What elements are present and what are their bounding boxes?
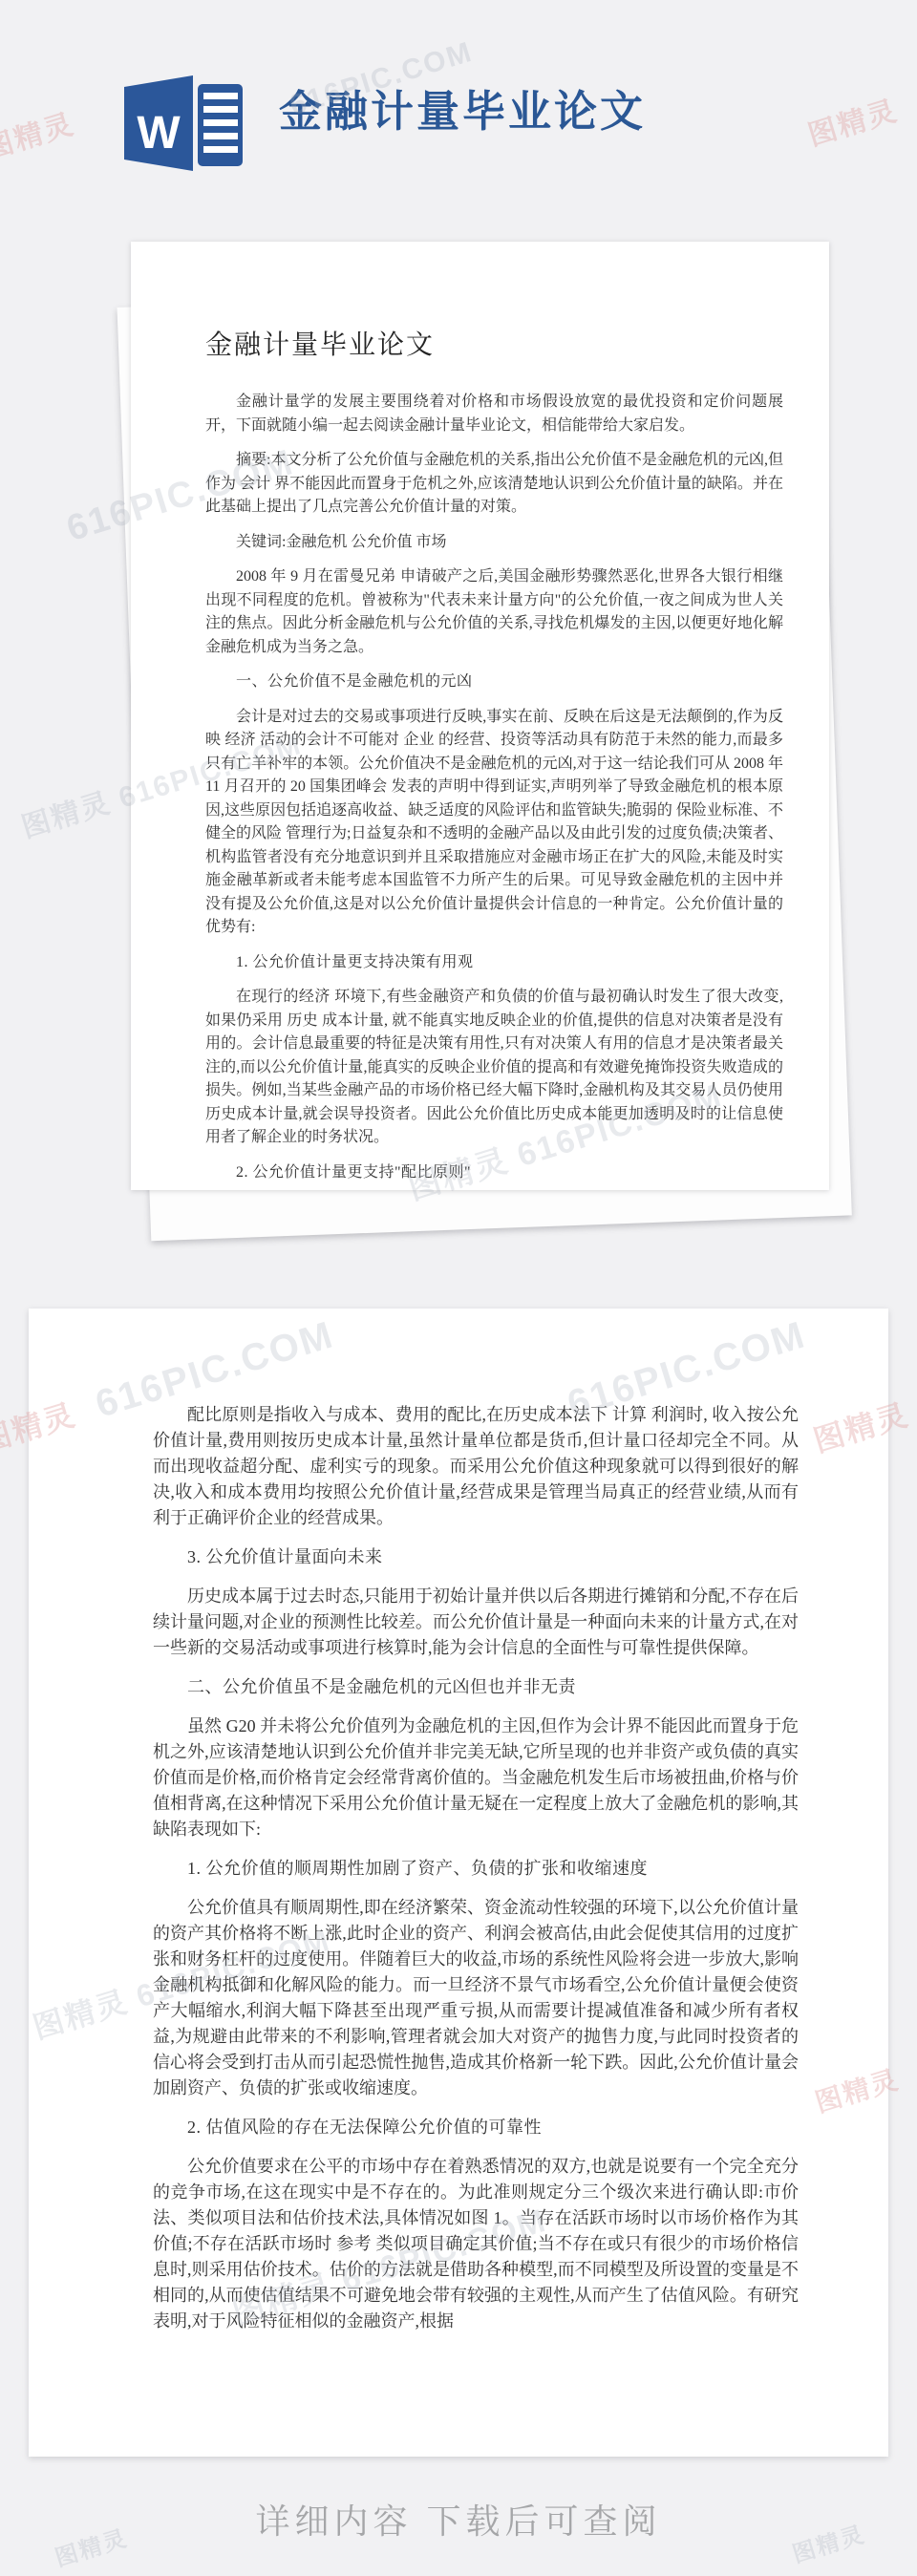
document-preview-page: { "header": { "title": "金融计量毕业论文" }, "pa… bbox=[0, 0, 917, 2576]
page-2-content: 配比原则是指收入与成本、费用的配比,在历史成本法下 计算 利润时, 收入按公允价… bbox=[29, 1309, 888, 2334]
paragraph: 在现行的经济 环境下,有些金融资产和负债的价值与最初确认时发生了很大改变, 如果… bbox=[205, 986, 783, 1150]
page-1-content: 金融计量毕业论文 金融计量学的发展主要围绕着对价格和市场假设放宽的最优投资和定价… bbox=[131, 242, 829, 1184]
paragraph: 公允价值具有顺周期性,即在经济繁荣、资金流动性较强的环境下,以公允价值计量的资产… bbox=[153, 1895, 799, 2101]
paragraph: 2008 年 9 月在雷曼兄弟 申请破产之后,美国金融形势骤然恶化,世界各大银行… bbox=[205, 565, 783, 659]
document-page-1: 金融计量毕业论文 金融计量学的发展主要围绕着对价格和市场假设放宽的最优投资和定价… bbox=[131, 242, 829, 1190]
section-heading: 二、公允价值虽不是金融危机的元凶但也并非无责 bbox=[153, 1674, 799, 1700]
paragraph: 历史成本属于过去时态,只能用于初始计量并供以后各期进行摊销和分配,不存在后续计量… bbox=[153, 1584, 799, 1661]
paragraph: 配比原则是指收入与成本、费用的配比,在历史成本法下 计算 利润时, 收入按公允价… bbox=[153, 1402, 799, 1531]
paragraph: 公允价值要求在公平的市场中存在着熟悉情况的双方,也就是说要有一个完全充分的竞争市… bbox=[153, 2154, 799, 2334]
section-heading: 1. 公允价值的顺周期性加剧了资产、负债的扩张和收缩速度 bbox=[153, 1856, 799, 1882]
paragraph: 关键词:金融危机 公允价值 市场 bbox=[205, 531, 783, 555]
document-page-2: 配比原则是指收入与成本、费用的配比,在历史成本法下 计算 利润时, 收入按公允价… bbox=[29, 1309, 888, 2457]
paragraph: 虽然 G20 并未将公允价值列为金融危机的主因,但作为会计界不能因此而置身于危机… bbox=[153, 1714, 799, 1842]
page-title: 金融计量毕业论文 bbox=[279, 76, 646, 138]
word-icon: W bbox=[122, 75, 245, 172]
paragraph: 金融计量学的发展主要围绕着对价格和市场假设放宽的最优投资和定价问题展开，下面就随… bbox=[205, 391, 783, 437]
section-heading: 一、公允价值不是金融危机的元凶 bbox=[205, 671, 783, 694]
page-1-paragraphs: 金融计量学的发展主要围绕着对价格和市场假设放宽的最优投资和定价问题展开，下面就随… bbox=[205, 391, 783, 1184]
section-heading: 2. 估值风险的存在无法保障公允价值的可靠性 bbox=[153, 2115, 799, 2140]
section-heading: 2. 公允价值计量更支持"配比原则" bbox=[205, 1161, 783, 1185]
word-icon-w-letter: W bbox=[137, 108, 181, 159]
site-header: W 金融计量毕业论文 bbox=[0, 0, 917, 239]
paragraph: 摘要:本文分析了公允价值与金融危机的关系,指出公允价值不是金融危机的元凶,但作为… bbox=[205, 449, 783, 520]
section-heading: 1. 公允价值计量更支持决策有用观 bbox=[205, 951, 783, 975]
paragraph: 会计是对过去的交易或事项进行反映,事实在前、反映在后这是无法颠倒的,作为反映 经… bbox=[205, 706, 783, 940]
download-hint-text: 详细内容 下载后可查阅 bbox=[0, 2495, 917, 2544]
section-heading: 3. 公允价值计量面向未来 bbox=[153, 1544, 799, 1570]
document-title: 金融计量毕业论文 bbox=[205, 324, 783, 362]
